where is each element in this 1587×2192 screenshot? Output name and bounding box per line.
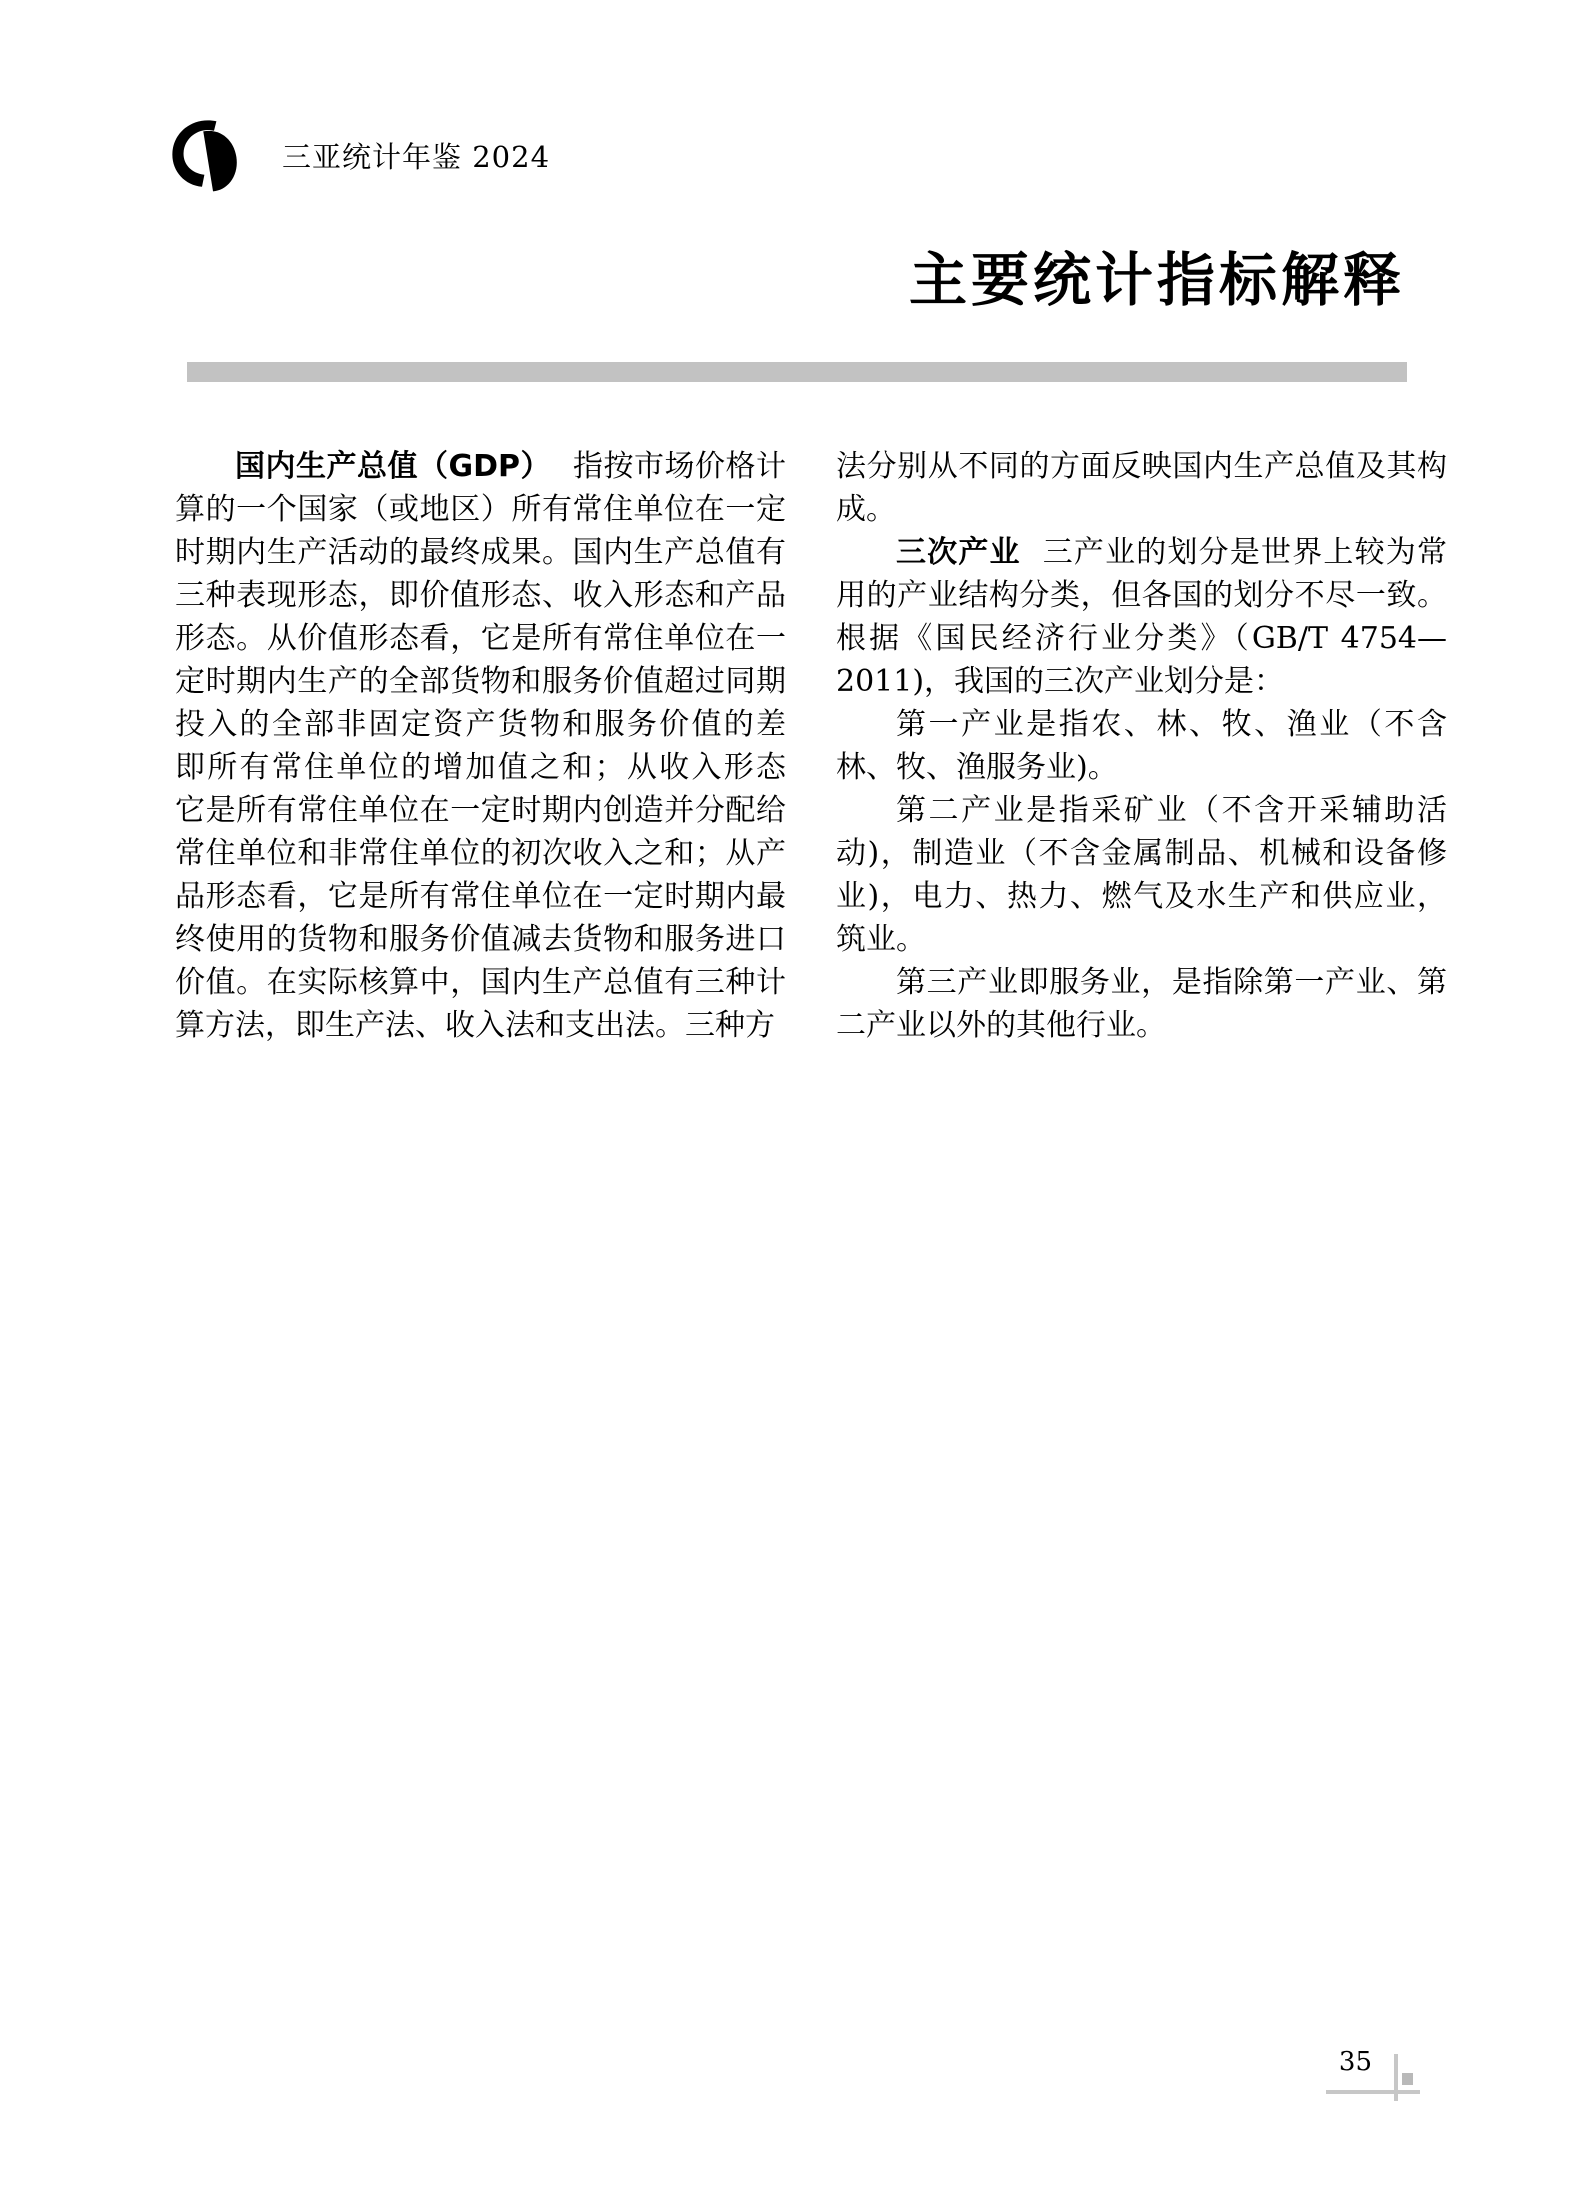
footer-ornament-square <box>1402 2073 1413 2085</box>
footer-ornament-hline <box>1326 2090 1420 2094</box>
text-line: 定时期内生产的全部货物和服务价值超过同期 <box>175 660 786 703</box>
text-line: 动)，制造业（不含金属制品、机械和设备修理 <box>836 832 1447 875</box>
text-line: 三种表现形态，即价值形态、收入形态和产品 <box>175 574 786 617</box>
text-line: 算方法，即生产法、收入法和支出法。三种方 <box>175 1004 786 1047</box>
yearbook-page: 三亚统计年鉴 2024 主要统计指标解释 国内生产总值（GDP）指按市场价格计 … <box>0 0 1587 2192</box>
definitions-body: 国内生产总值（GDP）指按市场价格计 算的一个国家（或地区）所有常住单位在一定 … <box>175 445 1447 1047</box>
text-line: 终使用的货物和服务价值减去货物和服务进口 <box>175 918 786 961</box>
text-line: 2011)，我国的三次产业划分是： <box>836 660 1447 703</box>
page-number: 35 <box>1300 2048 1372 2076</box>
text-line: 用的产业结构分类，但各国的划分不尽一致。 <box>836 574 1447 617</box>
text-line: 即所有常住单位的增加值之和；从收入形态看， <box>175 746 786 789</box>
text-run: 三产业的划分是世界上较为常 <box>1043 535 1447 570</box>
text-line: 形态。从价值形态看，它是所有常住单位在一 <box>175 617 786 660</box>
text-line: 它是所有常住单位在一定时期内创造并分配给 <box>175 789 786 832</box>
footer-ornament-vline <box>1394 2054 1398 2101</box>
text-line: 国内生产总值（GDP）指按市场价格计 <box>175 445 786 488</box>
left-column: 国内生产总值（GDP）指按市场价格计 算的一个国家（或地区）所有常住单位在一定 … <box>175 445 786 1047</box>
text-line: 二产业以外的其他行业。 <box>836 1004 1447 1047</box>
page-title: 主要统计指标解释 <box>909 246 1405 314</box>
yearbook-brand-title: 三亚统计年鉴 2024 <box>282 140 550 174</box>
text-line: 品形态看，它是所有常住单位在一定时期内最 <box>175 875 786 918</box>
text-line: 业)，电力、热力、燃气及水生产和供应业，建 <box>836 875 1447 918</box>
right-column: 法分别从不同的方面反映国内生产总值及其构 成。 三次产业三产业的划分是世界上较为… <box>836 445 1447 1047</box>
text-line: 三次产业三产业的划分是世界上较为常 <box>836 531 1447 574</box>
text-line: 价值。在实际核算中，国内生产总值有三种计 <box>175 961 786 1004</box>
title-rule-bar <box>187 362 1407 382</box>
text-line: 常住单位和非常住单位的初次收入之和；从产 <box>175 832 786 875</box>
text-line: 筑业。 <box>836 918 1447 961</box>
text-line: 时期内生产活动的最终成果。国内生产总值有 <box>175 531 786 574</box>
text-run: 指按市场价格计 <box>573 449 786 484</box>
term-gdp: 国内生产总值（GDP） <box>235 449 551 484</box>
text-line: 投入的全部非固定资产货物和服务价值的差额， <box>175 703 786 746</box>
text-line: 第一产业是指农、林、牧、渔业（不含农、 <box>836 703 1447 746</box>
text-line: 成。 <box>836 488 1447 531</box>
text-line: 林、牧、渔服务业)。 <box>836 746 1447 789</box>
text-line: 根据《国民经济行业分类》（GB/T 4754— <box>836 617 1447 660</box>
term-three-industries: 三次产业 <box>896 535 1021 570</box>
text-line: 第二产业是指采矿业（不含开采辅助活 <box>836 789 1447 832</box>
text-line: 第三产业即服务业，是指除第一产业、第 <box>836 961 1447 1004</box>
text-line: 算的一个国家（或地区）所有常住单位在一定 <box>175 488 786 531</box>
text-line: 法分别从不同的方面反映国内生产总值及其构 <box>836 445 1447 488</box>
statistics-swirl-logo-icon <box>170 118 250 198</box>
